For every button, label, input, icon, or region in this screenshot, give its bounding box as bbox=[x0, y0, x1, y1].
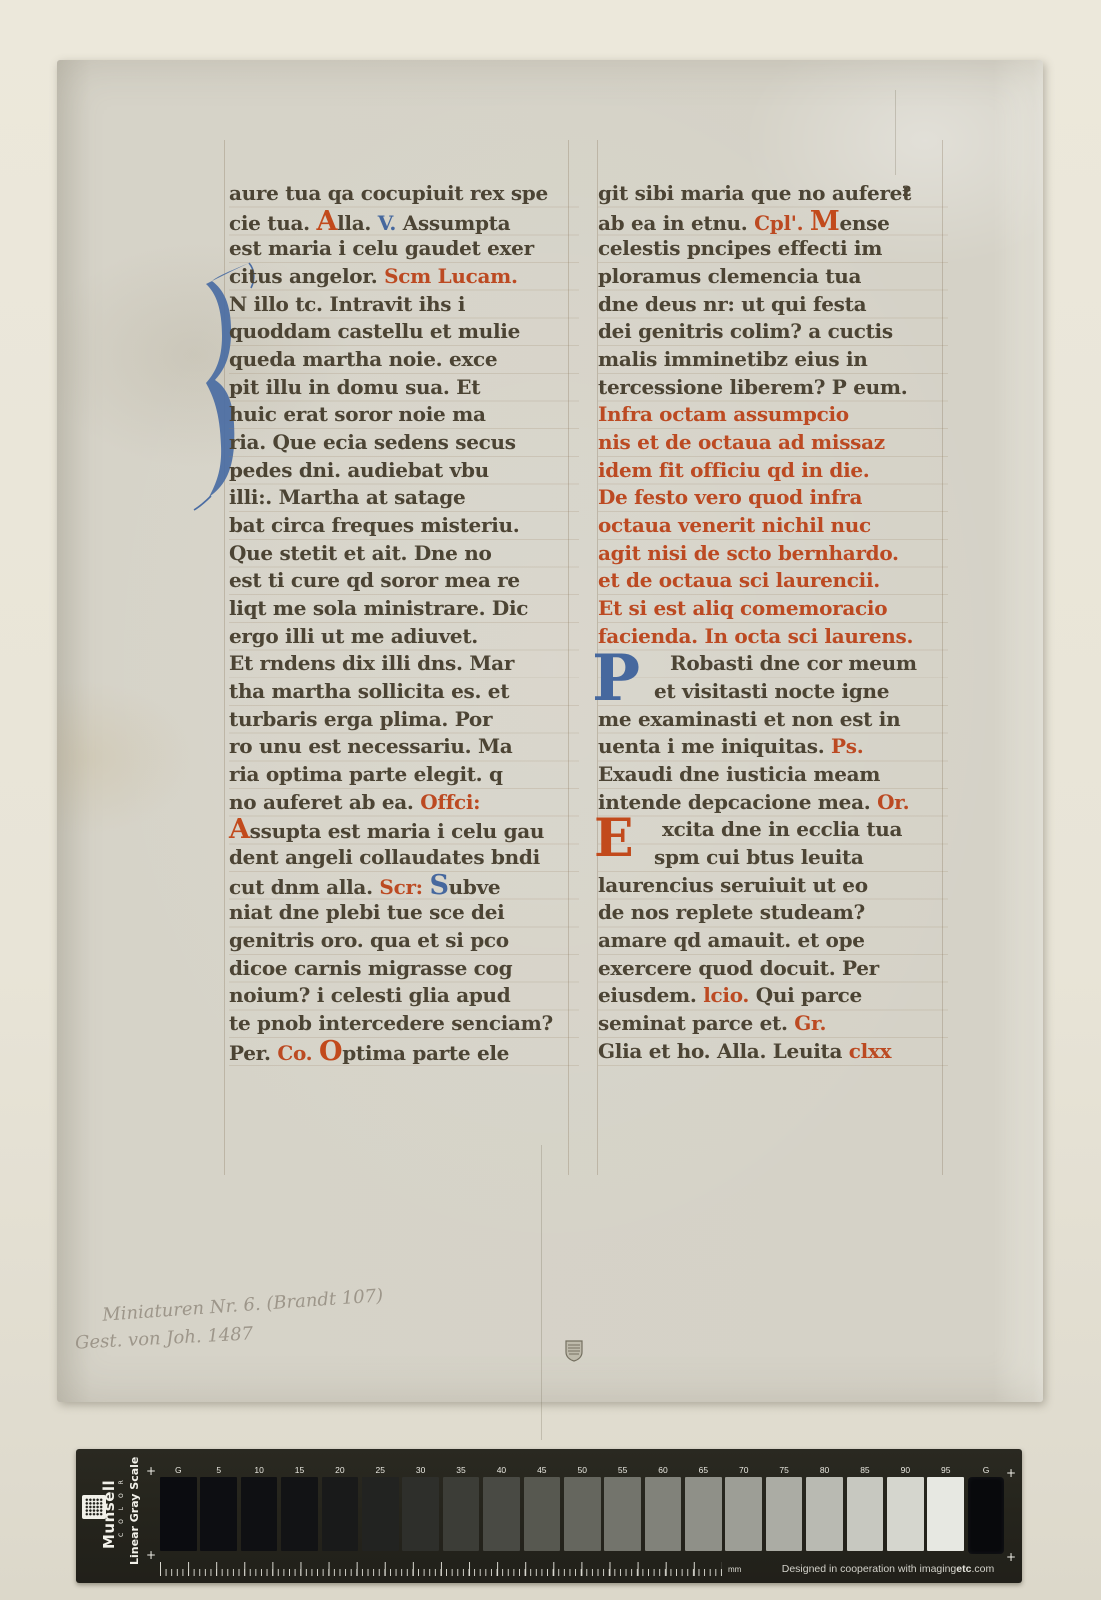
mm-ruler bbox=[160, 1561, 722, 1576]
manuscript-line: ab ea in etnu. Cpl'. Mense bbox=[598, 208, 948, 236]
manuscript-line: dei genitris colim? a cuctis bbox=[598, 318, 948, 346]
gray-patch-label: 50 bbox=[577, 1464, 586, 1477]
gray-patch-swatch bbox=[483, 1477, 520, 1551]
manuscript-line: Glia et ho. Alla. Leuita clxx bbox=[598, 1038, 948, 1066]
gray-patch: 90 bbox=[887, 1464, 924, 1554]
gray-patch-swatch bbox=[402, 1477, 439, 1551]
manuscript-line: est ti cure qd soror mea re bbox=[229, 567, 579, 595]
manuscript-text-segment: N illo tc. Intravit ihs i bbox=[229, 292, 465, 316]
manuscript-text-segment: Gr. bbox=[794, 1011, 826, 1035]
manuscript-line: Per. Co. Optima parte ele bbox=[229, 1038, 579, 1066]
manuscript-line: spm cui btus leuita bbox=[598, 844, 948, 872]
manuscript-line: illi:. Martha at satage bbox=[229, 484, 579, 512]
manuscript-text-segment: ria. Que ecia sedens secus bbox=[229, 430, 516, 454]
gray-patch-swatch bbox=[685, 1477, 722, 1551]
gray-patch: 55 bbox=[604, 1464, 641, 1554]
page-crease bbox=[541, 1145, 542, 1440]
gray-patch: 5 bbox=[200, 1464, 237, 1554]
manuscript-line: ria optima parte elegit. q bbox=[229, 761, 579, 789]
manuscript-line: amare qd amauit. et ope bbox=[598, 927, 948, 955]
manuscript-line: malis imminetibz eius in bbox=[598, 346, 948, 374]
gray-patch-swatch bbox=[281, 1477, 318, 1551]
gray-patch-swatch bbox=[968, 1477, 1005, 1554]
manuscript-line: et de octaua sci laurencii. bbox=[598, 567, 948, 595]
text-column-right: git sibi maria que no auferetab ea in et… bbox=[598, 180, 948, 1066]
drop-cap-initial: E bbox=[594, 813, 633, 865]
manuscript-line: celestis pncipes effecti im bbox=[598, 235, 948, 263]
gray-patch-label: 90 bbox=[901, 1464, 910, 1477]
manuscript-text-segment: intende depcacione mea. bbox=[598, 790, 877, 814]
gray-patch: 35 bbox=[443, 1464, 480, 1554]
manuscript-line: huic erat soror noie ma bbox=[229, 401, 579, 429]
gray-patch: 85 bbox=[847, 1464, 884, 1554]
manuscript-line: pedes dni. audiebat vbu bbox=[229, 457, 579, 485]
gray-patch-swatch bbox=[847, 1477, 884, 1551]
manuscript-text-segment: huic erat soror noie ma bbox=[229, 402, 486, 426]
manuscript-text-segment: ergo illi ut me adiuvet. bbox=[229, 624, 478, 648]
credit-prefix: Designed in cooperation with imaging bbox=[782, 1563, 957, 1575]
manuscript-line: turbaris erga plima. Por bbox=[229, 706, 579, 734]
manuscript-line: ro unu est necessariu. Ma bbox=[229, 733, 579, 761]
gray-patch-label: G bbox=[983, 1464, 990, 1477]
manuscript-line: git sibi maria que no auferet bbox=[598, 180, 948, 208]
gray-patch: 40 bbox=[483, 1464, 520, 1554]
manuscript-text-segment: et de octaua sci laurencii. bbox=[598, 568, 880, 592]
manuscript-text-segment: dicoe carnis migrasse cog bbox=[229, 956, 512, 980]
gray-patch-label: 70 bbox=[739, 1464, 748, 1477]
manuscript-line: no auferet ab ea. Offci: bbox=[229, 789, 579, 817]
manuscript-text-segment: tha martha sollicita es. et bbox=[229, 679, 509, 703]
manuscript-text-segment: Scm Lucam. bbox=[384, 264, 518, 288]
manuscript-line: uenta i me iniquitas. Ps. bbox=[598, 733, 948, 761]
manuscript-text-segment: amare qd amauit. et ope bbox=[598, 928, 865, 952]
manuscript-text-segment: git sibi maria que no auferet bbox=[598, 181, 911, 205]
manuscript-text-segment: ptima parte ele bbox=[342, 1041, 509, 1065]
manuscript-line: queda martha noie. exce bbox=[229, 346, 579, 374]
manuscript-line: est maria i celu gaudet exer bbox=[229, 235, 579, 263]
manuscript-line: De festo vero quod infra bbox=[598, 484, 948, 512]
gray-patch: 45 bbox=[524, 1464, 561, 1554]
manuscript-text-segment: Or. bbox=[877, 790, 909, 814]
manuscript-text-segment: te pnob intercedere senciam? bbox=[229, 1011, 553, 1035]
manuscript-text-segment: no auferet ab ea. bbox=[229, 790, 420, 814]
manuscript-line: genitris oro. qua et si pco bbox=[229, 927, 579, 955]
manuscript-text-segment: nis et de octaua ad missaz bbox=[598, 430, 885, 454]
manuscript-line: me examinasti et non est in bbox=[598, 706, 948, 734]
gray-patch-label: G bbox=[175, 1464, 182, 1477]
manuscript-text-segment: dei genitris colim? a cuctis bbox=[598, 319, 893, 343]
brand-subtitle: C O L O R bbox=[118, 1473, 125, 1537]
gray-patch: 20 bbox=[322, 1464, 359, 1554]
gray-patch: 75 bbox=[766, 1464, 803, 1554]
manuscript-text-segment: est ti cure qd soror mea re bbox=[229, 568, 520, 592]
manuscript-line: intende depcacione mea. Or. bbox=[598, 789, 948, 817]
gray-patch: 50 bbox=[564, 1464, 601, 1554]
gray-patch: G bbox=[160, 1464, 197, 1554]
gray-patch: 65 bbox=[685, 1464, 722, 1554]
manuscript-line: liqt me sola ministrare. Dic bbox=[229, 595, 579, 623]
collection-stamp-icon bbox=[565, 1340, 583, 1362]
manuscript-text-segment: Offci: bbox=[420, 790, 480, 814]
manuscript-text-segment: M bbox=[810, 206, 840, 237]
manuscript-line: ria. Que ecia sedens secus bbox=[229, 429, 579, 457]
manuscript-text-segment: malis imminetibz eius in bbox=[598, 347, 868, 371]
gray-patch-swatch bbox=[200, 1477, 237, 1551]
manuscript-text-segment: lcio. bbox=[703, 983, 756, 1007]
manuscript-text-segment: Exaudi dne iusticia meam bbox=[598, 762, 880, 786]
gray-patch: 70 bbox=[725, 1464, 762, 1554]
manuscript-text-segment: O bbox=[319, 1036, 342, 1067]
manuscript-text-segment: ria optima parte elegit. q bbox=[229, 762, 503, 786]
gray-patch-label: 10 bbox=[254, 1464, 263, 1477]
manuscript-text-segment: octaua venerit nichil nuc bbox=[598, 513, 871, 537]
manuscript-text-segment: clxx bbox=[849, 1039, 891, 1063]
gray-patch-label: 40 bbox=[497, 1464, 506, 1477]
manuscript-text-segment: noium? i celesti glia apud bbox=[229, 983, 510, 1007]
manuscript-text-segment: exercere quod docuit. Per bbox=[598, 956, 879, 980]
manuscript-text-segment: idem fit officiu qd in die. bbox=[598, 458, 869, 482]
brand-name: Munsell bbox=[100, 1459, 118, 1549]
gray-patch-swatch bbox=[927, 1477, 964, 1551]
manuscript-text-segment: lla. bbox=[337, 211, 378, 235]
manuscript-line: dent angeli collaudates bndi bbox=[229, 844, 579, 872]
gray-patch-swatch bbox=[766, 1477, 803, 1551]
manuscript-line: dne deus nr: ut qui festa bbox=[598, 291, 948, 319]
gray-patch-label: 30 bbox=[416, 1464, 425, 1477]
photo-background: aure tua qa cocupiuit rex specie tua. Al… bbox=[0, 0, 1101, 1600]
manuscript-line: noium? i celesti glia apud bbox=[229, 982, 579, 1010]
gray-patch-swatch bbox=[443, 1477, 480, 1551]
manuscript-text-segment: aure tua qa cocupiuit rex spe bbox=[229, 181, 548, 205]
gray-patch-label: 45 bbox=[537, 1464, 546, 1477]
manuscript-line: ergo illi ut me adiuvet. bbox=[229, 623, 579, 651]
manuscript-line: tha martha sollicita es. et bbox=[229, 678, 579, 706]
gray-patch-label: 35 bbox=[456, 1464, 465, 1477]
manuscript-line: Exaudi dne iusticia meam bbox=[598, 761, 948, 789]
gray-patch-label: 60 bbox=[658, 1464, 667, 1477]
manuscript-text-segment: bat circa freques misteriu. bbox=[229, 513, 519, 537]
manuscript-text-segment: Co. bbox=[277, 1041, 319, 1065]
manuscript-text-segment: Ps. bbox=[831, 734, 863, 758]
manuscript-text-segment: ssupta est maria i celu gau bbox=[250, 819, 545, 843]
gray-patch: 10 bbox=[241, 1464, 278, 1554]
manuscript-line: Et rndens dix illi dns. Mar bbox=[229, 650, 579, 678]
gray-patch: 30 bbox=[402, 1464, 439, 1554]
registration-plus-mark: + bbox=[146, 1549, 156, 1561]
manuscript-line: seminat parce et. Gr. bbox=[598, 1010, 948, 1038]
manuscript-text-segment: dent angeli collaudates bndi bbox=[229, 845, 540, 869]
manuscript-line: ploramus clemencia tua bbox=[598, 263, 948, 291]
manuscript-text-segment: Et rndens dix illi dns. Mar bbox=[229, 651, 514, 675]
gray-patch-swatch bbox=[524, 1477, 561, 1551]
scale-name: Linear Gray Scale bbox=[128, 1457, 141, 1565]
manuscript-line: niat dne plebi tue sce dei bbox=[229, 899, 579, 927]
manuscript-text-segment: celestis pncipes effecti im bbox=[598, 236, 882, 260]
gray-patch-swatch bbox=[725, 1477, 762, 1551]
credit-line: Designed in cooperation with imagingetc.… bbox=[738, 1563, 1038, 1575]
gray-patch-label: 55 bbox=[618, 1464, 627, 1477]
manuscript-text-segment: laurencius seruiuit ut eo bbox=[598, 873, 868, 897]
manuscript-line: citus angelor. Scm Lucam. bbox=[229, 263, 579, 291]
gray-patch-swatch bbox=[564, 1477, 601, 1551]
manuscript-text-segment: spm cui btus leuita bbox=[654, 845, 864, 869]
manuscript-text-segment: S bbox=[429, 870, 448, 901]
manuscript-text-segment: dne deus nr: ut qui festa bbox=[598, 292, 866, 316]
manuscript-text-segment: ubve bbox=[449, 875, 501, 899]
gray-patch-label: 80 bbox=[820, 1464, 829, 1477]
gray-scale-card: Munsell C O L O R Linear Gray Scale + + … bbox=[76, 1449, 1022, 1583]
manuscript-line: cie tua. Alla. V. Assumpta bbox=[229, 208, 579, 236]
gray-patch-label: 15 bbox=[295, 1464, 304, 1477]
gray-patch-label: 95 bbox=[941, 1464, 950, 1477]
manuscript-line: facienda. In octa sci laurens. bbox=[598, 623, 948, 651]
manuscript-line: cut dnm alla. Scr: Subve bbox=[229, 872, 579, 900]
manuscript-line: agit nisi de scto bernhardo. bbox=[598, 540, 948, 568]
manuscript-line: Robasti dne cor meum bbox=[598, 650, 948, 678]
manuscript-line: octaua venerit nichil nuc bbox=[598, 512, 948, 540]
manuscript-text-segment: agit nisi de scto bernhardo. bbox=[598, 541, 899, 565]
manuscript-text-segment: cie tua. bbox=[229, 211, 316, 235]
manuscript-text-segment: Robasti dne cor meum bbox=[670, 651, 917, 675]
manuscript-text-segment: A bbox=[316, 206, 337, 237]
manuscript-text-segment: ploramus clemencia tua bbox=[598, 264, 861, 288]
manuscript-text-segment: Cpl'. bbox=[754, 211, 810, 235]
manuscript-line: laurencius seruiuit ut eo bbox=[598, 872, 948, 900]
manuscript-line: Et si est aliq comemoracio bbox=[598, 595, 948, 623]
manuscript-page: aure tua qa cocupiuit rex specie tua. Al… bbox=[57, 60, 1043, 1402]
manuscript-text-segment: Assumpta bbox=[396, 211, 510, 235]
gray-patch-swatch bbox=[806, 1477, 843, 1551]
manuscript-text-segment: De festo vero quod infra bbox=[598, 485, 862, 509]
manuscript-line: nis et de octaua ad missaz bbox=[598, 429, 948, 457]
gray-patch-swatch bbox=[604, 1477, 641, 1551]
manuscript-text-segment: ense bbox=[839, 211, 889, 235]
manuscript-line: exercere quod docuit. Per bbox=[598, 955, 948, 983]
gray-patch: 15 bbox=[281, 1464, 318, 1554]
gray-patch-swatch bbox=[887, 1477, 924, 1551]
manuscript-text-segment: pedes dni. audiebat vbu bbox=[229, 458, 489, 482]
manuscript-text-segment: me examinasti et non est in bbox=[598, 707, 900, 731]
manuscript-line: N illo tc. Intravit ihs i bbox=[229, 291, 579, 319]
registration-plus-mark: + bbox=[1006, 1467, 1016, 1479]
manuscript-text-segment: quoddam castellu et mulie bbox=[229, 319, 520, 343]
pencil-annotation-line2: Gest. von Joh. 1487 bbox=[75, 1323, 254, 1353]
manuscript-text-segment: Et si est aliq comemoracio bbox=[598, 596, 887, 620]
manuscript-text-segment: est maria i celu gaudet exer bbox=[229, 236, 534, 260]
manuscript-line: quoddam castellu et mulie bbox=[229, 318, 579, 346]
manuscript-text-segment: Infra octam assumpcio bbox=[598, 402, 849, 426]
gray-patch-label: 25 bbox=[376, 1464, 385, 1477]
pencil-annotation-line1: Miniaturen Nr. 6. (Brandt 107) bbox=[102, 1285, 384, 1326]
manuscript-text-segment: uenta i me iniquitas. bbox=[598, 734, 831, 758]
folio-number: 2 bbox=[902, 184, 912, 200]
text-column-left: aure tua qa cocupiuit rex specie tua. Al… bbox=[229, 180, 579, 1066]
manuscript-text-segment: cut dnm alla. bbox=[229, 875, 379, 899]
gray-patch-label: 85 bbox=[860, 1464, 869, 1477]
manuscript-line: Que stetit et ait. Dne no bbox=[229, 540, 579, 568]
manuscript-text-segment: liqt me sola ministrare. Dic bbox=[229, 596, 528, 620]
manuscript-line: tercessione liberem? P eum. bbox=[598, 374, 948, 402]
registration-plus-mark: + bbox=[146, 1465, 156, 1477]
gray-patch-swatch bbox=[160, 1477, 197, 1551]
manuscript-text-segment: turbaris erga plima. Por bbox=[229, 707, 492, 731]
gray-patch: 60 bbox=[645, 1464, 682, 1554]
manuscript-line: Infra octam assumpcio bbox=[598, 401, 948, 429]
gray-patch: 25 bbox=[362, 1464, 399, 1554]
manuscript-text-segment: Qui parce bbox=[756, 983, 862, 1007]
manuscript-line: eiusdem. lcio. Qui parce bbox=[598, 982, 948, 1010]
credit-brand-bold: etc bbox=[956, 1563, 971, 1575]
manuscript-line: Assupta est maria i celu gau bbox=[229, 816, 579, 844]
manuscript-text-segment: seminat parce et. bbox=[598, 1011, 794, 1035]
manuscript-text-segment: et visitasti nocte igne bbox=[654, 679, 889, 703]
manuscript-text-segment: Glia et ho. Alla. Leuita bbox=[598, 1039, 849, 1063]
manuscript-text-segment: Scr: bbox=[379, 875, 429, 899]
manuscript-text-segment: pit illu in domu sua. Et bbox=[229, 375, 480, 399]
manuscript-text-segment: eiusdem. bbox=[598, 983, 703, 1007]
manuscript-text-segment: facienda. In octa sci laurens. bbox=[598, 624, 913, 648]
gray-patch-row: G5101520253035404550556065707580859095G bbox=[160, 1464, 1004, 1554]
manuscript-line: aure tua qa cocupiuit rex spe bbox=[229, 180, 579, 208]
manuscript-text-segment: Que stetit et ait. Dne no bbox=[229, 541, 492, 565]
manuscript-line: idem fit officiu qd in die. bbox=[598, 457, 948, 485]
gray-patch-label: 65 bbox=[699, 1464, 708, 1477]
manuscript-line: te pnob intercedere senciam? bbox=[229, 1010, 579, 1038]
manuscript-text-segment: queda martha noie. exce bbox=[229, 347, 497, 371]
manuscript-text-segment: genitris oro. qua et si pco bbox=[229, 928, 509, 952]
manuscript-line: de nos replete studeam? bbox=[598, 899, 948, 927]
registration-plus-mark: + bbox=[1006, 1551, 1016, 1563]
gray-patch-swatch bbox=[645, 1477, 682, 1551]
manuscript-text-segment: tercessione liberem? P eum. bbox=[598, 375, 907, 399]
manuscript-text-segment: citus angelor. bbox=[229, 264, 384, 288]
manuscript-text-segment: niat dne plebi tue sce dei bbox=[229, 900, 504, 924]
manuscript-line: bat circa freques misteriu. bbox=[229, 512, 579, 540]
manuscript-text-segment: A bbox=[229, 814, 250, 845]
drop-cap-initial: P bbox=[592, 647, 640, 711]
credit-suffix: .com bbox=[971, 1563, 994, 1575]
page-crease bbox=[895, 90, 896, 175]
manuscript-text-segment: Per. bbox=[229, 1041, 277, 1065]
gray-patch-label: 75 bbox=[779, 1464, 788, 1477]
manuscript-text-segment: de nos replete studeam? bbox=[598, 900, 865, 924]
manuscript-line: et visitasti nocte igne bbox=[598, 678, 948, 706]
gray-patch-swatch bbox=[241, 1477, 278, 1551]
gray-patch-swatch bbox=[362, 1477, 399, 1551]
manuscript-text-segment: ab ea in etnu. bbox=[598, 211, 754, 235]
gray-patch: 95 bbox=[927, 1464, 964, 1554]
manuscript-line: xcita dne in ecclia tua bbox=[598, 816, 948, 844]
manuscript-text-segment: xcita dne in ecclia tua bbox=[662, 817, 902, 841]
gray-patch-label: 20 bbox=[335, 1464, 344, 1477]
manuscript-line: dicoe carnis migrasse cog bbox=[229, 955, 579, 983]
manuscript-text-segment: V. bbox=[378, 211, 396, 235]
manuscript-text-segment: illi:. Martha at satage bbox=[229, 485, 465, 509]
gray-patch: 80 bbox=[806, 1464, 843, 1554]
gray-patch-label: 5 bbox=[216, 1464, 221, 1477]
gray-patch: G bbox=[968, 1464, 1005, 1554]
gray-patch-swatch bbox=[322, 1477, 359, 1551]
manuscript-line: pit illu in domu sua. Et bbox=[229, 374, 579, 402]
manuscript-text-segment: ro unu est necessariu. Ma bbox=[229, 734, 512, 758]
